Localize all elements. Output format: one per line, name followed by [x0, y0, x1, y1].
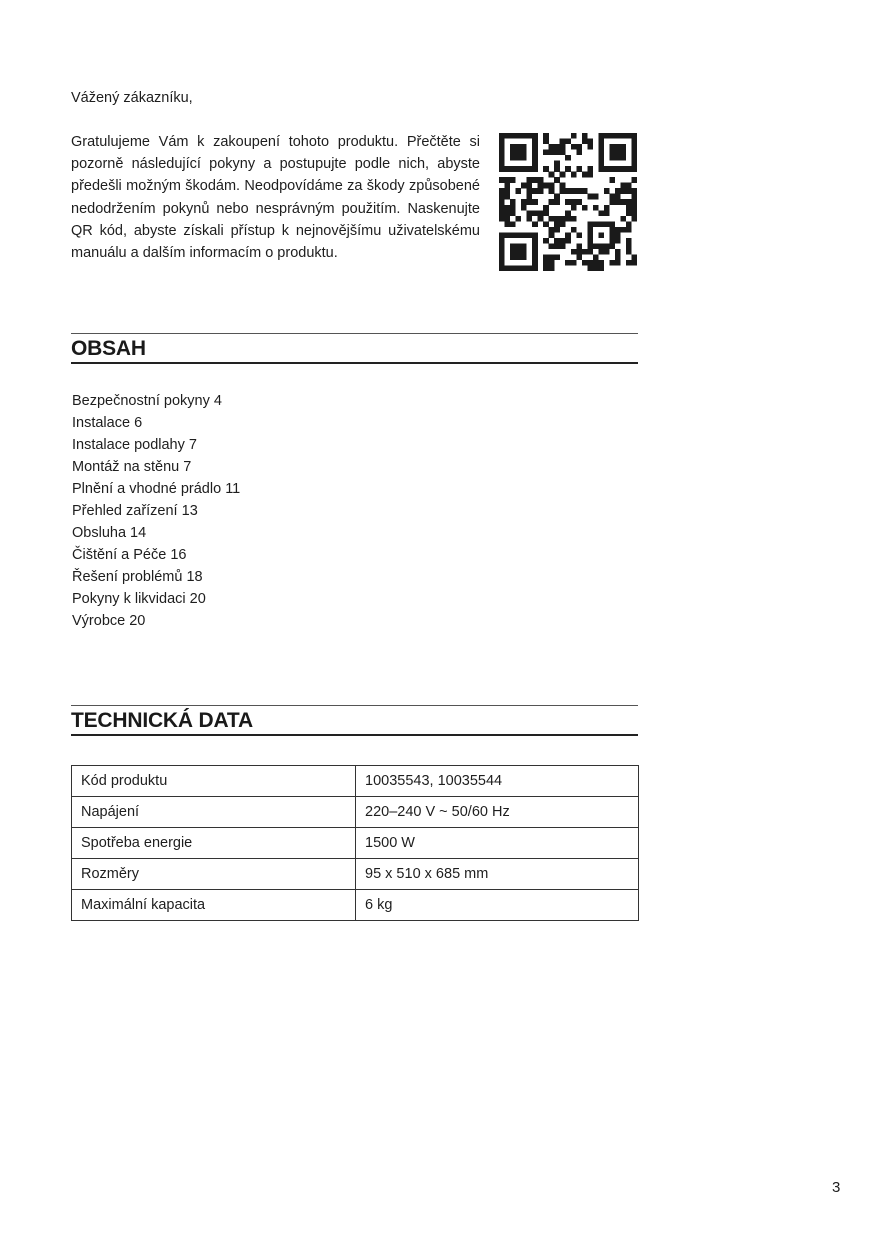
table-row: Kód produktu10035543, 10035544	[72, 766, 639, 797]
qr-code-icon[interactable]	[499, 133, 637, 271]
spec-value: 1500 W	[356, 828, 639, 859]
toc-entry-title: Instalace	[72, 415, 130, 431]
toc-entry-title: Pokyny k likvidaci	[72, 591, 186, 607]
toc-entry-title: Montáž na stěnu	[72, 459, 179, 475]
spec-label: Maximální kapacita	[72, 890, 356, 921]
toc-entry-page: 13	[182, 503, 198, 519]
toc-entry-page: 20	[129, 613, 145, 629]
spec-value: 10035543, 10035544	[356, 766, 639, 797]
toc-entry-page: 7	[189, 437, 197, 453]
toc-entry-page: 4	[214, 393, 222, 409]
spec-label: Kód produktu	[72, 766, 356, 797]
toc-entry-title: Čištění a Péče	[72, 547, 166, 563]
toc-entry-title: Výrobce	[72, 613, 125, 629]
manual-page: Vážený zákazníku, Gratulujeme Vám k zako…	[0, 0, 875, 1241]
technical-data-table: Kód produktu10035543, 10035544Napájení22…	[71, 765, 639, 921]
toc-entry[interactable]: Montáž na stěnu 7	[72, 456, 240, 478]
toc-entry[interactable]: Čištění a Péče 16	[72, 544, 240, 566]
spec-label: Rozměry	[72, 859, 356, 890]
toc-entry[interactable]: Plnění a vhodné prádlo 11	[72, 478, 240, 500]
toc-entry-page: 20	[190, 591, 206, 607]
spec-value: 220–240 V ~ 50/60 Hz	[356, 797, 639, 828]
table-of-contents: Bezpečnostní pokyny 4Instalace 6Instalac…	[72, 390, 240, 632]
toc-entry-title: Přehled zařízení	[72, 503, 178, 519]
intro-paragraph: Gratulujeme Vám k zakoupení tohoto produ…	[71, 131, 480, 264]
technical-data-heading: TECHNICKÁ DATA	[71, 705, 638, 736]
table-row: Napájení220–240 V ~ 50/60 Hz	[72, 797, 639, 828]
greeting: Vážený zákazníku,	[71, 88, 193, 108]
toc-entry-page: 6	[134, 415, 142, 431]
toc-entry-page: 11	[225, 481, 240, 497]
toc-entry-title: Řešení problémů	[72, 569, 182, 585]
toc-entry-title: Plnění a vhodné prádlo	[72, 481, 221, 497]
toc-entry[interactable]: Bezpečnostní pokyny 4	[72, 390, 240, 412]
spec-label: Napájení	[72, 797, 356, 828]
toc-entry-page: 14	[130, 525, 146, 541]
spec-value: 6 kg	[356, 890, 639, 921]
spec-value: 95 x 510 x 685 mm	[356, 859, 639, 890]
contents-heading: OBSAH	[71, 333, 638, 364]
toc-entry[interactable]: Instalace 6	[72, 412, 240, 434]
toc-entry-page: 16	[170, 547, 186, 563]
spec-label: Spotřeba energie	[72, 828, 356, 859]
toc-entry[interactable]: Obsluha 14	[72, 522, 240, 544]
toc-entry[interactable]: Řešení problémů 18	[72, 566, 240, 588]
toc-entry-page: 18	[186, 569, 202, 585]
table-row: Rozměry95 x 510 x 685 mm	[72, 859, 639, 890]
toc-entry[interactable]: Přehled zařízení 13	[72, 500, 240, 522]
toc-entry[interactable]: Instalace podlahy 7	[72, 434, 240, 456]
toc-entry-title: Bezpečnostní pokyny	[72, 393, 210, 409]
page-number: 3	[832, 1179, 840, 1196]
toc-entry[interactable]: Výrobce 20	[72, 610, 240, 632]
toc-entry-title: Instalace podlahy	[72, 437, 185, 453]
table-row: Spotřeba energie1500 W	[72, 828, 639, 859]
toc-entry[interactable]: Pokyny k likvidaci 20	[72, 588, 240, 610]
table-row: Maximální kapacita6 kg	[72, 890, 639, 921]
toc-entry-page: 7	[183, 459, 191, 475]
toc-entry-title: Obsluha	[72, 525, 126, 541]
